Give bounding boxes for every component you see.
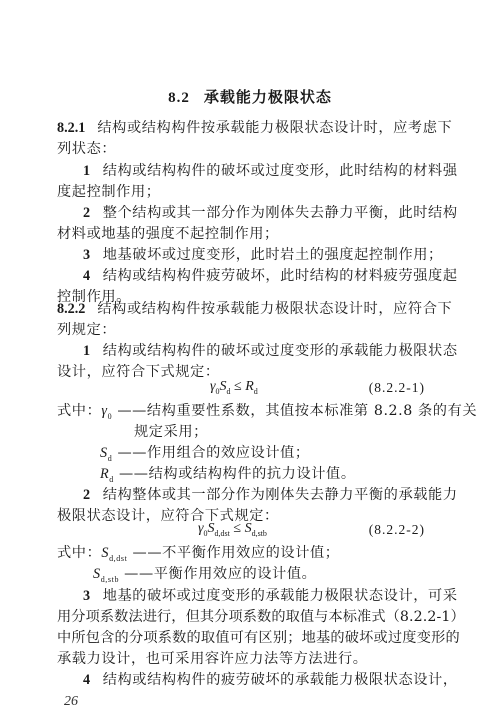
item-number: 2	[83, 487, 91, 503]
item-text-cont: 中所包含的分项系数的取值可有区别；地基的破坏或过度变形的	[57, 628, 425, 648]
where-label: 式中：	[57, 403, 101, 419]
symbol: Sd	[100, 445, 112, 461]
clause-8-2-1: 8.2.1结构或结构构件按承载能力极限状态设计时，应考虑下	[57, 118, 425, 138]
symbol: Rd	[100, 466, 114, 482]
page-number: 26	[64, 694, 78, 710]
clause-number: 8.2.2	[57, 301, 85, 317]
item-text: 地基破坏或过度变形，此时岩土的强度起控制作用；	[103, 247, 443, 263]
clause-number: 8.2.1	[57, 120, 85, 136]
definition-text: 作用组合的效应设计值；	[147, 445, 310, 461]
definition-text-cont: 规定采用；	[134, 422, 500, 442]
clause-text: 结构或结构构件按承载能力极限状态设计时，应考虑下	[97, 120, 452, 136]
section-heading: 8.2承载能力极限状态	[0, 86, 500, 107]
item-number: 2	[83, 205, 91, 221]
item-text-cont: 度起控制作用；	[57, 182, 425, 202]
formula-number: (8.2.2-1)	[369, 380, 425, 396]
item-text-cont: 用分项系数法进行，但其分项系数的取值与本标准式（8.2.2-1）	[57, 607, 425, 627]
symbol: Sd,stb	[93, 566, 119, 582]
item-number: 4	[83, 672, 91, 688]
section-number: 8.2	[168, 90, 190, 106]
definition-text: 平衡作用效应的设计值。	[154, 566, 317, 582]
clause-8-2-2: 8.2.2结构或结构构件按承载能力极限状态设计时，应符合下	[57, 299, 425, 319]
symbol: Sd,dst	[101, 545, 127, 561]
item-text: 整个结构或其一部分作为刚体失去静力平衡，此时结构	[103, 205, 458, 221]
formula-number: (8.2.2-2)	[369, 522, 425, 538]
document-page: 8.2承载能力极限状态 8.2.1结构或结构构件按承载能力极限状态设计时，应考虑…	[0, 0, 500, 724]
item-text-cont: 材料或地基的强度不起控制作用；	[57, 224, 425, 244]
list-item: 2结构整体或其一部分作为刚体失去静力平衡的承载能力	[83, 485, 425, 505]
clause-text: 结构或结构构件按承载能力极限状态设计时，应符合下	[97, 301, 452, 317]
clause-text-cont: 列状态：	[57, 139, 425, 159]
item-text: 结构或结构构件的疲劳破坏的承载能力极限状态设计，	[103, 672, 458, 688]
item-number: 1	[83, 343, 91, 359]
item-number: 3	[83, 247, 91, 263]
item-number: 3	[83, 588, 91, 604]
list-item: 1结构或结构构件的破坏或过度变形，此时结构的材料强	[83, 161, 425, 181]
definition-text: 结构或结构构件的抗力设计值。	[149, 466, 356, 482]
item-text-cont: 承载力设计，也可采用容许应力法等方法进行。	[57, 649, 425, 669]
definition-text: 不平衡作用效应的设计值；	[162, 545, 339, 561]
formula-8-2-2-2: γ0Sd,dst ≤ Sd,stb	[198, 521, 267, 538]
clause-text-cont: 列规定：	[57, 320, 425, 340]
formula-8-2-2-1: γ0Sd ≤ Rd	[210, 379, 258, 396]
list-item: 2整个结构或其一部分作为刚体失去静力平衡，此时结构	[83, 203, 425, 223]
item-text: 结构或结构构件疲劳破坏，此时结构的材料疲劳强度起	[103, 268, 458, 284]
section-title: 承载能力极限状态	[204, 88, 332, 106]
item-text: 结构或结构构件的破坏或过度变形，此时结构的材料强	[103, 163, 458, 179]
definition-text: 结构重要性系数，其值按本标准第 8.2.8 条的有关	[147, 403, 477, 419]
item-number: 4	[83, 268, 91, 284]
list-item: 3地基的破坏或过度变形的承载能力极限状态设计，可采	[83, 586, 425, 606]
where-label: 式中：	[57, 545, 101, 561]
list-item: 3地基破坏或过度变形，此时岩土的强度起控制作用；	[83, 245, 425, 265]
item-text: 结构或结构构件的破坏或过度变形的承载能力极限状态	[103, 343, 458, 359]
symbol: γ0	[101, 403, 112, 419]
item-number: 1	[83, 163, 91, 179]
list-item: 4结构或结构构件的疲劳破坏的承载能力极限状态设计，	[83, 670, 425, 690]
list-item: 1结构或结构构件的破坏或过度变形的承载能力极限状态	[83, 341, 425, 361]
item-text: 地基的破坏或过度变形的承载能力极限状态设计，可采	[103, 588, 458, 604]
list-item: 4结构或结构构件疲劳破坏，此时结构的材料疲劳强度起	[83, 266, 425, 286]
item-text: 结构整体或其一部分作为刚体失去静力平衡的承载能力	[103, 487, 458, 503]
